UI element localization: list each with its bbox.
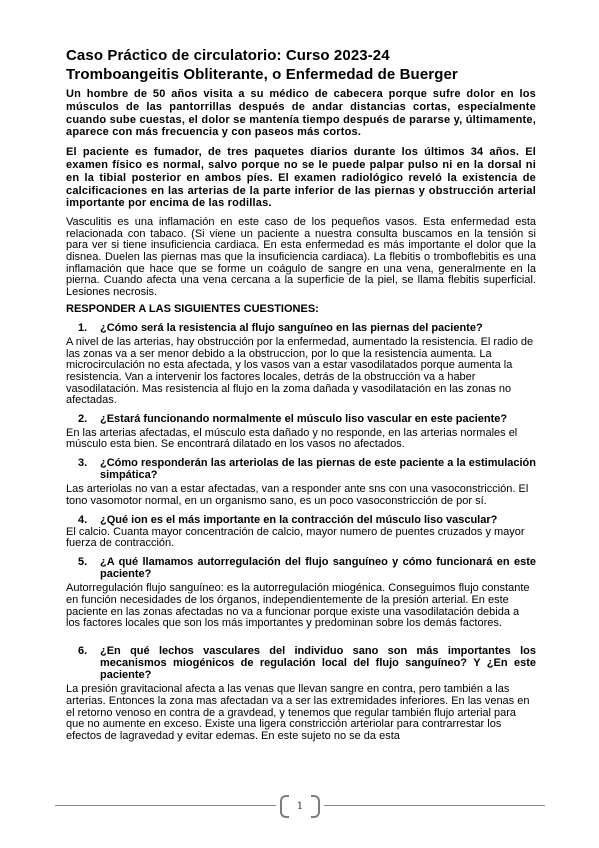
question-text: ¿En qué lechos vasculares del individuo … <box>100 645 536 682</box>
question-text: ¿Cómo responderán las arteriolas de las … <box>100 457 536 481</box>
question-item-1: 1. ¿Cómo será la resistencia al flujo sa… <box>66 322 536 334</box>
page-footer: 1 <box>55 794 545 818</box>
page-number-bracket-right-icon <box>311 795 320 818</box>
answer-text-6: La presión gravitacional afecta a las ve… <box>66 684 536 742</box>
answer-text-4: El calcio. Cuanta mayor concentración de… <box>66 527 536 550</box>
question-number: 2. <box>78 413 100 425</box>
answer-text-5: Autorregulación flujo sanguíneo: es la a… <box>66 583 536 629</box>
doc-subtitle: Tromboangeitis Obliterante, o Enfermedad… <box>66 66 536 85</box>
question-number: 1. <box>78 322 100 334</box>
page-number-badge: 1 <box>276 794 324 818</box>
question-text: ¿Qué ion es el más importante en la cont… <box>100 514 536 526</box>
page-number: 1 <box>289 800 312 812</box>
section-heading: RESPONDER A LAS SIGUIENTES CUESTIONES: <box>66 304 536 316</box>
page-number-bracket-left-icon <box>280 795 289 818</box>
question-number: 5. <box>78 556 100 580</box>
doc-title: Caso Práctico de circulatorio: Curso 202… <box>66 47 536 66</box>
case-intro-paragraph-1: Un hombre de 50 años visita a su médico … <box>66 88 536 139</box>
case-intro-paragraph-2: El paciente es fumador, de tres paquetes… <box>66 146 536 210</box>
question-number: 4. <box>78 514 100 526</box>
question-number: 6. <box>78 645 100 682</box>
question-text: ¿Estará funcionando normalmente el múscu… <box>100 413 536 425</box>
question-item-5: 5. ¿A qué llamamos autorregulación del f… <box>66 556 536 580</box>
question-text: ¿A qué llamamos autorregulación del fluj… <box>100 556 536 580</box>
answer-text-3: Las arteriolas no van a estar afectadas,… <box>66 484 536 507</box>
question-text: ¿Cómo será la resistencia al flujo sangu… <box>100 322 536 334</box>
vasculitis-notes-paragraph: Vasculitis es una inflamación en este ca… <box>66 217 536 298</box>
document-page: Caso Práctico de circulatorio: Curso 202… <box>0 0 599 848</box>
answer-text-2: En las arterias afectadas, el músculo es… <box>66 428 536 451</box>
answer-text-1: A nivel de las arterias, hay obstrucción… <box>66 337 536 407</box>
question-item-4: 4. ¿Qué ion es el más importante en la c… <box>66 514 536 526</box>
question-item-6: 6. ¿En qué lechos vasculares del individ… <box>66 645 536 682</box>
question-number: 3. <box>78 457 100 481</box>
question-item-3: 3. ¿Cómo responderán las arteriolas de l… <box>66 457 536 481</box>
question-item-2: 2. ¿Estará funcionando normalmente el mú… <box>66 413 536 425</box>
